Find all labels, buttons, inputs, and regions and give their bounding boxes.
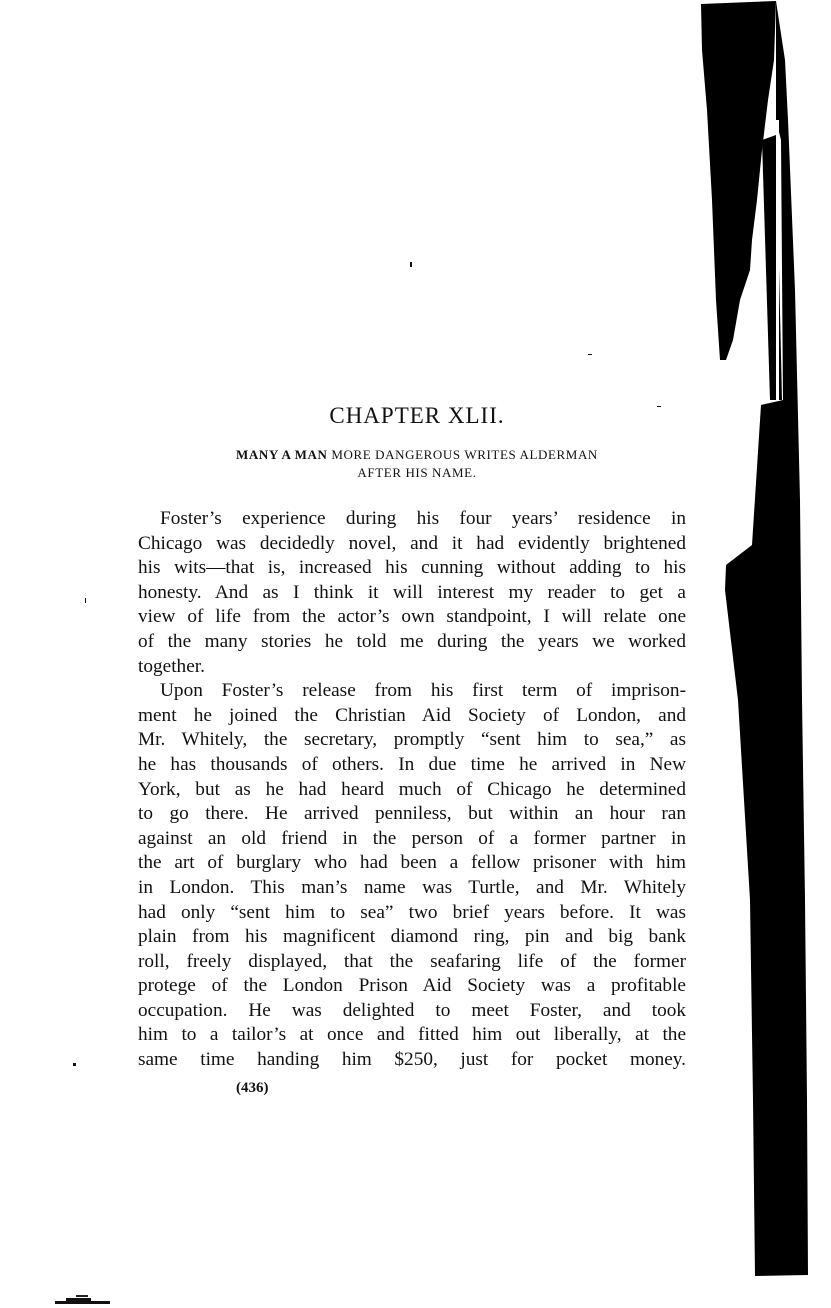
paragraph-2: Upon Foster’s release from his first ter…: [138, 679, 686, 1073]
subtitle-line-2: AFTER HIS NAME.: [130, 464, 704, 482]
text-line: roll, freely displayed, that the seafari…: [138, 950, 686, 975]
text-line: Upon Foster’s release from his first ter…: [138, 679, 686, 704]
text-line: in London. This man’s name was Turtle, a…: [138, 876, 686, 901]
text-line: plain from his magnificent diamond ring,…: [138, 925, 686, 950]
scan-speck: [85, 598, 86, 603]
text-line: honesty. And as I think it will interest…: [138, 581, 686, 606]
text-line: to go there. He arrived penniless, but w…: [138, 802, 686, 827]
scanned-book-page: CHAPTER XLII. MANY A MAN MORE DANGEROUS …: [0, 0, 831, 1308]
chapter-heading: CHAPTER XLII.: [130, 402, 704, 430]
text-line: he has thousands of others. In due time …: [138, 753, 686, 778]
text-line: against an old friend in the person of a…: [138, 827, 686, 852]
page-number: (436): [236, 1080, 269, 1097]
text-line: view of life from the actor’s own standp…: [138, 605, 686, 630]
text-line: Chicago was decidedly novel, and it had …: [138, 532, 686, 557]
subtitle-rest: MORE DANGEROUS WRITES ALDERMAN: [328, 447, 598, 462]
text-line: Mr. Whitely, the secretary, promptly “se…: [138, 728, 686, 753]
text-line: York, but as he had heard much of Chicag…: [138, 778, 686, 803]
text-line: Foster’s experience during his four year…: [138, 507, 686, 532]
text-line: the art of burglary who had been a fello…: [138, 851, 686, 876]
text-line: of the many stories he told me during th…: [138, 630, 686, 655]
text-line: him to a tailor’s at once and fitted him…: [138, 1023, 686, 1048]
text-line: together.: [138, 655, 686, 680]
text-line: ment he joined the Christian Aid Society…: [138, 704, 686, 729]
scan-speck: [73, 1063, 76, 1066]
subtitle-bold-part: MANY A MAN: [236, 447, 327, 462]
scan-speck: [588, 354, 592, 355]
scan-speck: [657, 406, 661, 407]
text-line: protege of the London Prison Aid Society…: [138, 974, 686, 999]
text-line: his wits—that is, increased his cunning …: [138, 556, 686, 581]
body-text: Foster’s experience during his four year…: [138, 507, 686, 1073]
scan-speck: [410, 262, 412, 267]
text-line: occupation. He was delighted to meet Fos…: [138, 999, 686, 1024]
paragraph-1: Foster’s experience during his four year…: [138, 507, 686, 679]
chapter-subtitle: MANY A MAN MORE DANGEROUS WRITES ALDERMA…: [130, 446, 704, 482]
text-line: same time handing him $250, just for poc…: [138, 1048, 686, 1073]
text-line: had only “sent him to sea” two brief yea…: [138, 901, 686, 926]
